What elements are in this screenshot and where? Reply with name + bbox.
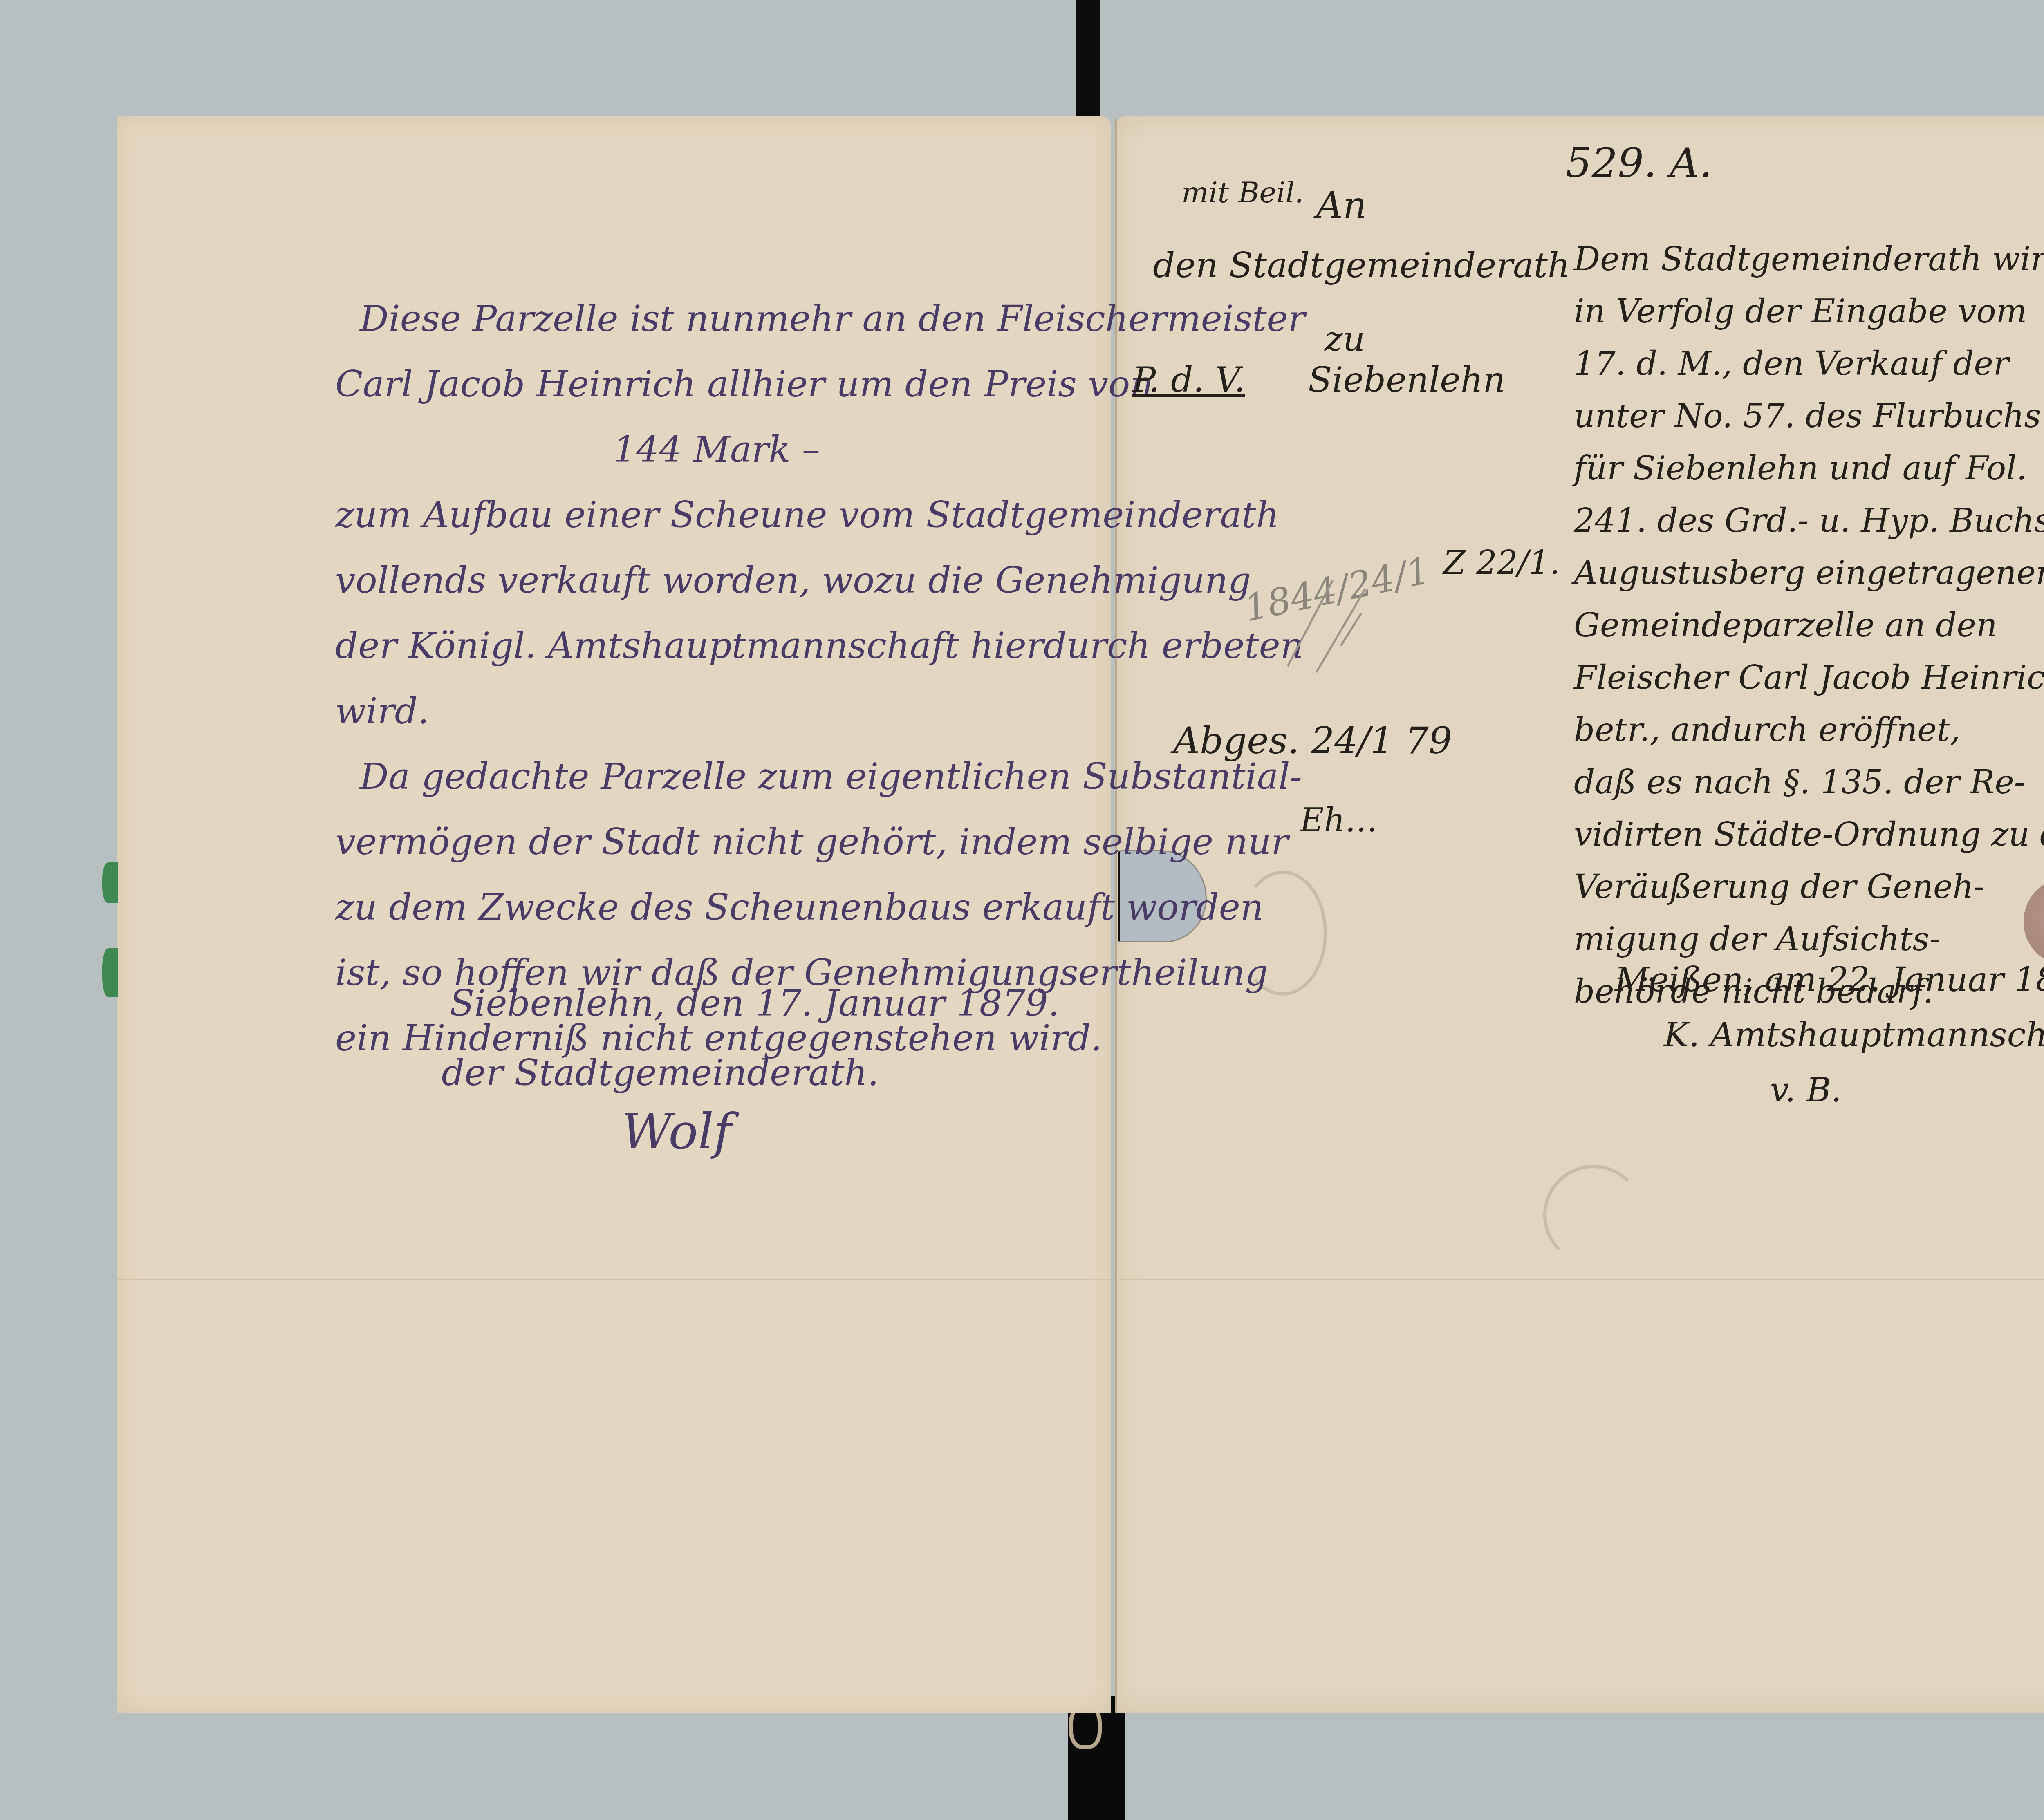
letter-line: zum Aufbau einer Scheune vom Stadtgemein…: [335, 482, 1132, 548]
signature: Wolf: [621, 1104, 732, 1160]
decree-body: Dem Stadtgemeinderath wird in Verfolg de…: [1574, 233, 2044, 1018]
letter-line: vollends verkauft worden, wozu die Geneh…: [335, 548, 1132, 613]
decree-authority: K. Amtshauptmannschaft.: [1615, 1007, 2044, 1063]
decree-line: Dem Stadtgemeinderath wird: [1574, 233, 2044, 285]
letter-line-amount: 144 Mark –: [335, 417, 1132, 482]
address-salutation: An: [1316, 184, 1367, 227]
decree-line: daß es nach §. 135. der Re-: [1574, 756, 2044, 808]
address-zu: zu: [1325, 319, 1365, 359]
letter-line: zu dem Zwecke des Scheunenbaus erkauft w…: [335, 875, 1132, 940]
sender-name: der Stadtgemeinderath.: [442, 1038, 1060, 1108]
decree-line: 241. des Grd.- u. Hyp. Buchs für: [1574, 495, 2044, 547]
left-letter-closing: Siebenlehn, den 17. Januar 1879. der Sta…: [450, 969, 1060, 1108]
decree-line: Augustusberg eingetragenen: [1574, 547, 2044, 599]
decree-line: für Siebenlehn und auf Fol.: [1574, 442, 2044, 495]
letter-line: vermögen der Stadt nicht gehört, indem s…: [335, 809, 1132, 875]
decree-line: unter No. 57. des Flurbuchs: [1574, 390, 2044, 442]
paper-fold-line-left: [117, 1279, 1111, 1280]
decree-line: Fleischer Carl Jacob Heinrich: [1574, 651, 2044, 704]
faint-stamp-impression: [1543, 1165, 1644, 1265]
decree-line: betr., andurch eröffnet,: [1574, 704, 2044, 756]
enclosure-note: mit Beil.: [1181, 176, 1304, 209]
decree-line: Gemeindeparzelle an den: [1574, 599, 2044, 651]
letter-line: wird.: [335, 678, 1132, 744]
decree-line: vidirten Städte-Ordnung zu dieser: [1574, 808, 2044, 861]
received-date-mark: Z 22/1.: [1443, 544, 1560, 582]
decree-line: Veräußerung der Geneh-: [1574, 861, 2044, 913]
dispatch-mark: Abges. 24/1 79: [1173, 719, 1452, 762]
decree-line: in Verfolg der Eingabe vom: [1574, 285, 2044, 338]
decree-place-date: Meißen, am 22. Januar 1879.: [1615, 952, 2044, 1007]
letter-line: der Königl. Amtshauptmannschaft hierdurc…: [335, 613, 1132, 678]
green-label-fragment: [102, 862, 118, 903]
left-letter-body: Diese Parzelle ist nunmehr an den Fleisc…: [335, 286, 1132, 1071]
decree-line: 17. d. M., den Verkauf der: [1574, 338, 2044, 390]
decree-signature: v. B.: [1615, 1063, 2044, 1118]
file-number: 529. A.: [1566, 139, 1712, 187]
margin-abbreviation: P. d. V.: [1132, 360, 1245, 400]
address-recipient: den Stadtgemeinderath: [1153, 245, 1570, 286]
binding-spine-band-top: [1076, 0, 1100, 119]
place-date: Siebenlehn, den 17. Januar 1879.: [450, 969, 1060, 1038]
address-place: Siebenlehn: [1308, 360, 1505, 400]
paper-fold-line-right: [1118, 1279, 2044, 1280]
letter-line: Da gedachte Parzelle zum eigentlichen Su…: [335, 744, 1132, 809]
decree-closing: Meißen, am 22. Januar 1879. K. Amtshaupt…: [1615, 952, 2044, 1118]
letter-line: Diese Parzelle ist nunmehr an den Fleisc…: [335, 286, 1132, 351]
letter-line: Carl Jacob Heinrich allhier um den Preis…: [335, 351, 1132, 417]
dispatch-initials: Eh…: [1300, 801, 1378, 839]
green-label-fragment: [102, 948, 118, 997]
